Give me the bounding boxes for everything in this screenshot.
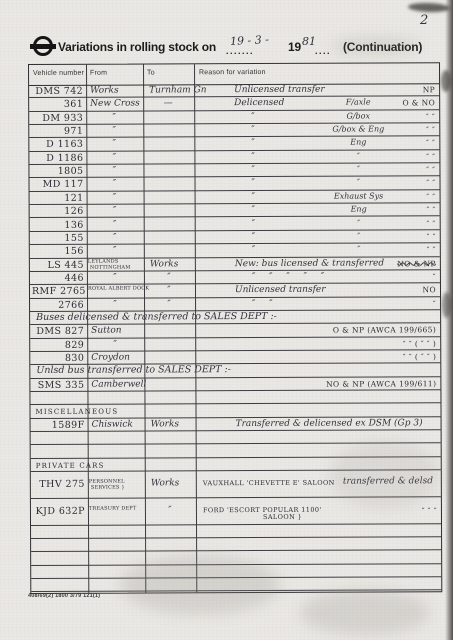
licence-code-cell: ″ ″ <box>278 245 436 255</box>
from-cell: ″ <box>88 192 142 202</box>
scan-artifact <box>408 2 450 12</box>
from-cell: Works <box>90 86 118 96</box>
licence-code-cell: ″ ″ <box>278 179 436 189</box>
licence-code-cell: NO & NP (AWCA 199/611) <box>278 379 436 389</box>
to-cell: Works <box>151 478 179 488</box>
from-cell: ″ <box>87 112 141 122</box>
to-cell: Works <box>150 259 178 269</box>
to-cell: — <box>145 99 191 109</box>
reason-cell: VAUXHALL 'CHEVETTE E' SALOON <box>203 479 335 488</box>
vehicle-number-cell: 830 <box>32 353 84 364</box>
reason-cell: ″ <box>251 112 254 122</box>
from-cell: ″ <box>88 206 142 216</box>
from-cell: ″ <box>87 126 141 136</box>
licence-code-cell: ″ ″ <box>277 112 435 122</box>
to-cell: ″ <box>146 272 192 282</box>
to-cell: Turnham Gn <box>149 85 206 95</box>
vehicle-number-cell: D 1186 <box>31 153 83 164</box>
licence-code-cell: ″ ″ <box>277 125 435 135</box>
col-header-vehicle-number: Vehicle number <box>33 70 84 77</box>
licence-code-cell: ″ <box>278 299 436 309</box>
reason-cell: ″ ″ <box>252 299 273 309</box>
from-cell: New Cross <box>90 99 140 109</box>
from-cell: ″ <box>88 179 142 189</box>
vehicle-number-cell: 156 <box>32 246 84 257</box>
section-label: PRIVATE CARS <box>36 461 105 469</box>
col-header-reason: Reason for variation <box>199 69 266 76</box>
form-title: Variations in rolling stock on <box>58 40 216 54</box>
reason-cell: Transferred & delicensed ex DSM (Gp 3) <box>236 418 423 429</box>
reason-cell: ″ <box>251 125 254 135</box>
licence-code-cell: ″ ″ <box>278 192 436 202</box>
from-cell: Croydon <box>91 353 130 363</box>
handwritten-page-number: 2 <box>420 13 428 28</box>
vehicle-number-cell: 126 <box>32 206 84 217</box>
london-transport-roundel-icon <box>30 36 56 56</box>
year-printed: 19 <box>288 40 301 54</box>
vehicle-number-cell: DMS 742 <box>31 86 83 97</box>
section-label: MISCELLANEOUS <box>36 408 119 416</box>
vehicle-number-cell: KJD 632P <box>33 506 85 517</box>
from-cell: ″ <box>88 232 142 242</box>
from-cell: ″ <box>87 152 141 162</box>
vehicle-number-cell: 1805 <box>31 166 83 177</box>
reason-cell: ″ <box>252 219 255 229</box>
vehicle-number-cell: 2766 <box>32 299 84 310</box>
to-cell: ″ <box>147 505 193 515</box>
reason-cell: ″ <box>252 192 255 202</box>
vehicle-number-cell: SMS 335 <box>32 379 84 390</box>
vehicle-number-cell: THV 275 <box>33 479 85 490</box>
scan-edge-shadow <box>445 0 453 640</box>
vehicle-number-cell: MD 117 <box>32 179 84 190</box>
from-cell: ″ <box>88 299 142 309</box>
handwritten-date: 19 - 3 - <box>230 33 270 48</box>
from-cell: ″ <box>88 339 142 349</box>
vehicle-number-cell: 1589F <box>33 420 85 431</box>
licence-code-cell: O & NO <box>277 99 435 109</box>
vehicle-number-cell: 971 <box>31 126 83 137</box>
spanning-note: Buses delicensed & transferred to SALES … <box>36 311 277 323</box>
from-cell: NOTTINGHAM <box>90 265 145 271</box>
spanning-note: Unlsd bus transferred to SALES DEPT :- <box>36 364 231 376</box>
licence-code-cell: NO & NP <box>278 259 436 269</box>
from-cell: Chiswick <box>92 419 133 429</box>
reason-cell: ″ <box>252 232 255 242</box>
vehicle-number-cell: LS 445 <box>32 259 84 270</box>
scan-artifact <box>330 440 440 510</box>
vehicle-number-cell: DM 933 <box>31 112 83 123</box>
licence-code-cell: ″ ″ <box>278 205 436 215</box>
scan-artifact <box>300 590 430 635</box>
reason-cell: ″ <box>252 178 255 188</box>
licence-code-cell: O & NP (AWCA 199/665) <box>278 326 436 336</box>
licence-code-cell: ″ ″ ″ <box>279 506 437 516</box>
vehicle-number-cell: 829 <box>32 339 84 350</box>
scan-artifact <box>330 38 420 54</box>
from-cell: ″ <box>88 272 142 282</box>
to-cell: ″ <box>146 286 192 296</box>
from-cell: ″ <box>88 246 142 256</box>
licence-code-cell: NP <box>277 85 435 95</box>
vehicle-number-cell: 136 <box>32 219 84 230</box>
licence-code-cell: ″ ″ ( ″ ″ ) <box>278 339 436 349</box>
from-cell: TREASURY DEPT <box>89 506 144 512</box>
from-cell: SERVICES } <box>91 486 146 492</box>
form-reference-number: 408/69(2) 1800 3/79 121(1) <box>28 593 100 599</box>
licence-code-cell: ″ ″ <box>277 165 435 175</box>
from-cell: ″ <box>87 166 141 176</box>
vehicle-number-cell: 121 <box>32 193 84 204</box>
to-cell: ″ <box>146 299 192 309</box>
from-cell: Sutton <box>91 326 121 336</box>
licence-code-cell: ″ ″ <box>277 152 435 162</box>
from-cell: ″ <box>88 219 142 229</box>
vehicle-number-cell: 446 <box>32 273 84 284</box>
licence-code-cell: ″ <box>278 272 436 282</box>
rolling-stock-table: Vehicle number From To Reason for variat… <box>28 62 442 594</box>
from-cell: ROYAL ALBERT DOCK <box>88 286 143 292</box>
handwritten-year: 81 <box>302 35 316 48</box>
col-header-to: To <box>147 69 155 76</box>
vehicle-number-cell: DMS 827 <box>32 326 84 337</box>
licence-code-cell: ″ ″ <box>278 219 436 229</box>
from-cell: ″ <box>87 139 141 149</box>
reason-cell: ″ <box>251 165 254 175</box>
licence-code-cell: ″ ″ ( ″ ″ ) <box>278 352 436 362</box>
year-dotted-line: .... <box>315 46 331 56</box>
vehicle-number-cell: D 1163 <box>31 139 83 150</box>
licence-code-cell: ″ ″ <box>278 232 436 242</box>
vehicle-number-cell: 155 <box>32 233 84 244</box>
reason-cell: ″ <box>252 245 255 255</box>
reason-cell: ″ <box>251 152 254 162</box>
to-cell: Works <box>151 419 179 429</box>
scan-artifact <box>120 555 280 615</box>
licence-code-cell: NO <box>278 285 436 295</box>
licence-code-cell: ″ ″ <box>277 139 435 149</box>
vehicle-number-cell: 361 <box>31 99 83 110</box>
reason-cell: ″ <box>252 205 255 215</box>
vehicle-number-cell: RMF 2765 <box>32 286 84 297</box>
col-header-from: From <box>90 70 107 77</box>
reason-cell: ″ <box>251 138 254 148</box>
from-cell: Camberwell <box>91 379 146 389</box>
